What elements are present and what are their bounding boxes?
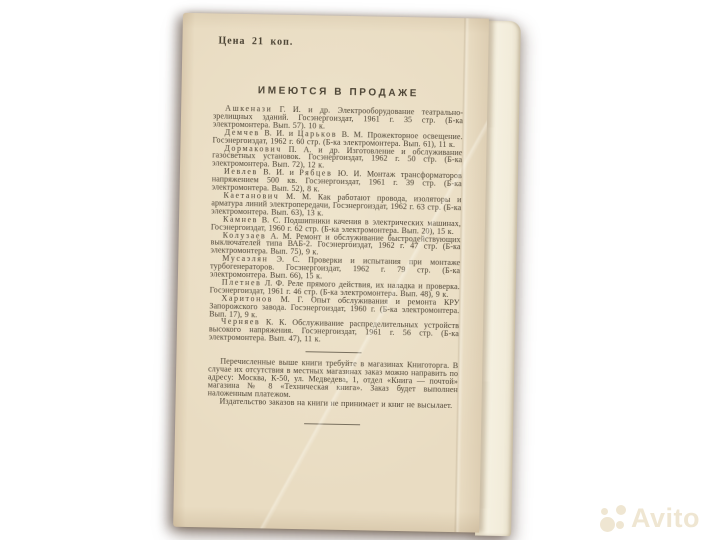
cover-content: Цена 21 коп. ИМЕЮТСЯ В ПРОДАЖЕ Ашкенази … <box>205 31 464 522</box>
book-cover: Цена 21 коп. ИМЕЮТСЯ В ПРОДАЖЕ Ашкенази … <box>173 13 489 533</box>
book-list-entry: Черняев К. К. Обслуживание распределител… <box>209 318 459 347</box>
section-title: ИМЕЮТСЯ В ПРОДАЖЕ <box>213 84 463 100</box>
book-back-cover-photo: Цена 21 коп. ИМЕЮТСЯ В ПРОДАЖЕ Ашкенази … <box>173 13 521 536</box>
book-list: Ашкенази Г. И. и др. Электрооборудование… <box>209 104 464 346</box>
divider-top <box>305 351 361 353</box>
footer-notes: Перечисленные выше книги требуйте в мага… <box>207 358 458 410</box>
price-label: Цена 21 коп. <box>218 35 464 51</box>
footer-paragraph: Перечисленные выше книги требуйте в мага… <box>208 358 459 402</box>
divider-bottom <box>304 423 360 425</box>
